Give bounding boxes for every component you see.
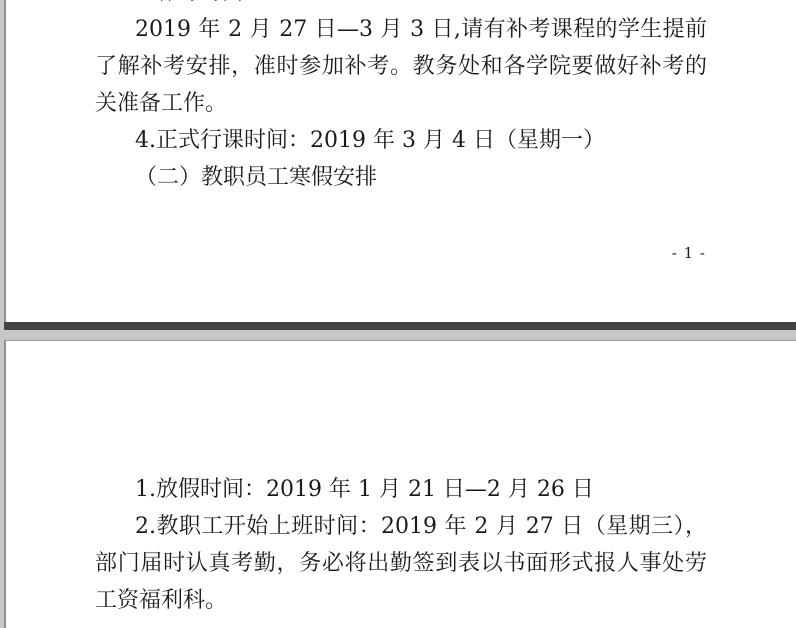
section-heading-line[interactable]: （二）教职员工寒假安排	[95, 159, 707, 196]
text-line[interactable]: 关准备工作。	[95, 85, 707, 122]
text-line[interactable]: 了解补考安排，准时参加补考。教务处和各学院要做好补考的相	[95, 48, 707, 85]
text-line[interactable]: 1.放假时间：2019 年 1 月 21 日—2 月 26 日	[95, 471, 707, 508]
page-break-shadow	[4, 322, 796, 330]
text-line-clipped[interactable]: 3.补考时间：	[95, 0, 707, 11]
page-2-text-block: 1.放假时间：2019 年 1 月 21 日—2 月 26 日 2.教职工开始上…	[6, 471, 796, 619]
text-line[interactable]: 2019 年 2 月 27 日—3 月 3 日,请有补考课程的学生提前返校，	[95, 11, 707, 48]
page-number-footer: - 1 -	[672, 244, 706, 262]
page-1-text-block: 3.补考时间： 2019 年 2 月 27 日—3 月 3 日,请有补考课程的学…	[6, 0, 796, 196]
text-line[interactable]: 2.教职工开始上班时间：2019 年 2 月 27 日（星期三），请各	[95, 508, 707, 545]
page-2[interactable]: 1.放假时间：2019 年 1 月 21 日—2 月 26 日 2.教职工开始上…	[4, 340, 796, 628]
text-line[interactable]: 4.正式行课时间：2019 年 3 月 4 日（星期一）	[95, 122, 707, 159]
text-line[interactable]: 工资福利科。	[95, 582, 707, 619]
document-canvas: 3.补考时间： 2019 年 2 月 27 日—3 月 3 日,请有补考课程的学…	[0, 0, 796, 628]
document-viewer: { "document": { "kind": "word-processor …	[0, 0, 796, 628]
page-1[interactable]: 3.补考时间： 2019 年 2 月 27 日—3 月 3 日,请有补考课程的学…	[4, 0, 796, 322]
text-line[interactable]: 部门届时认真考勤，务必将出勤签到表以书面形式报人事处劳动	[95, 545, 707, 582]
